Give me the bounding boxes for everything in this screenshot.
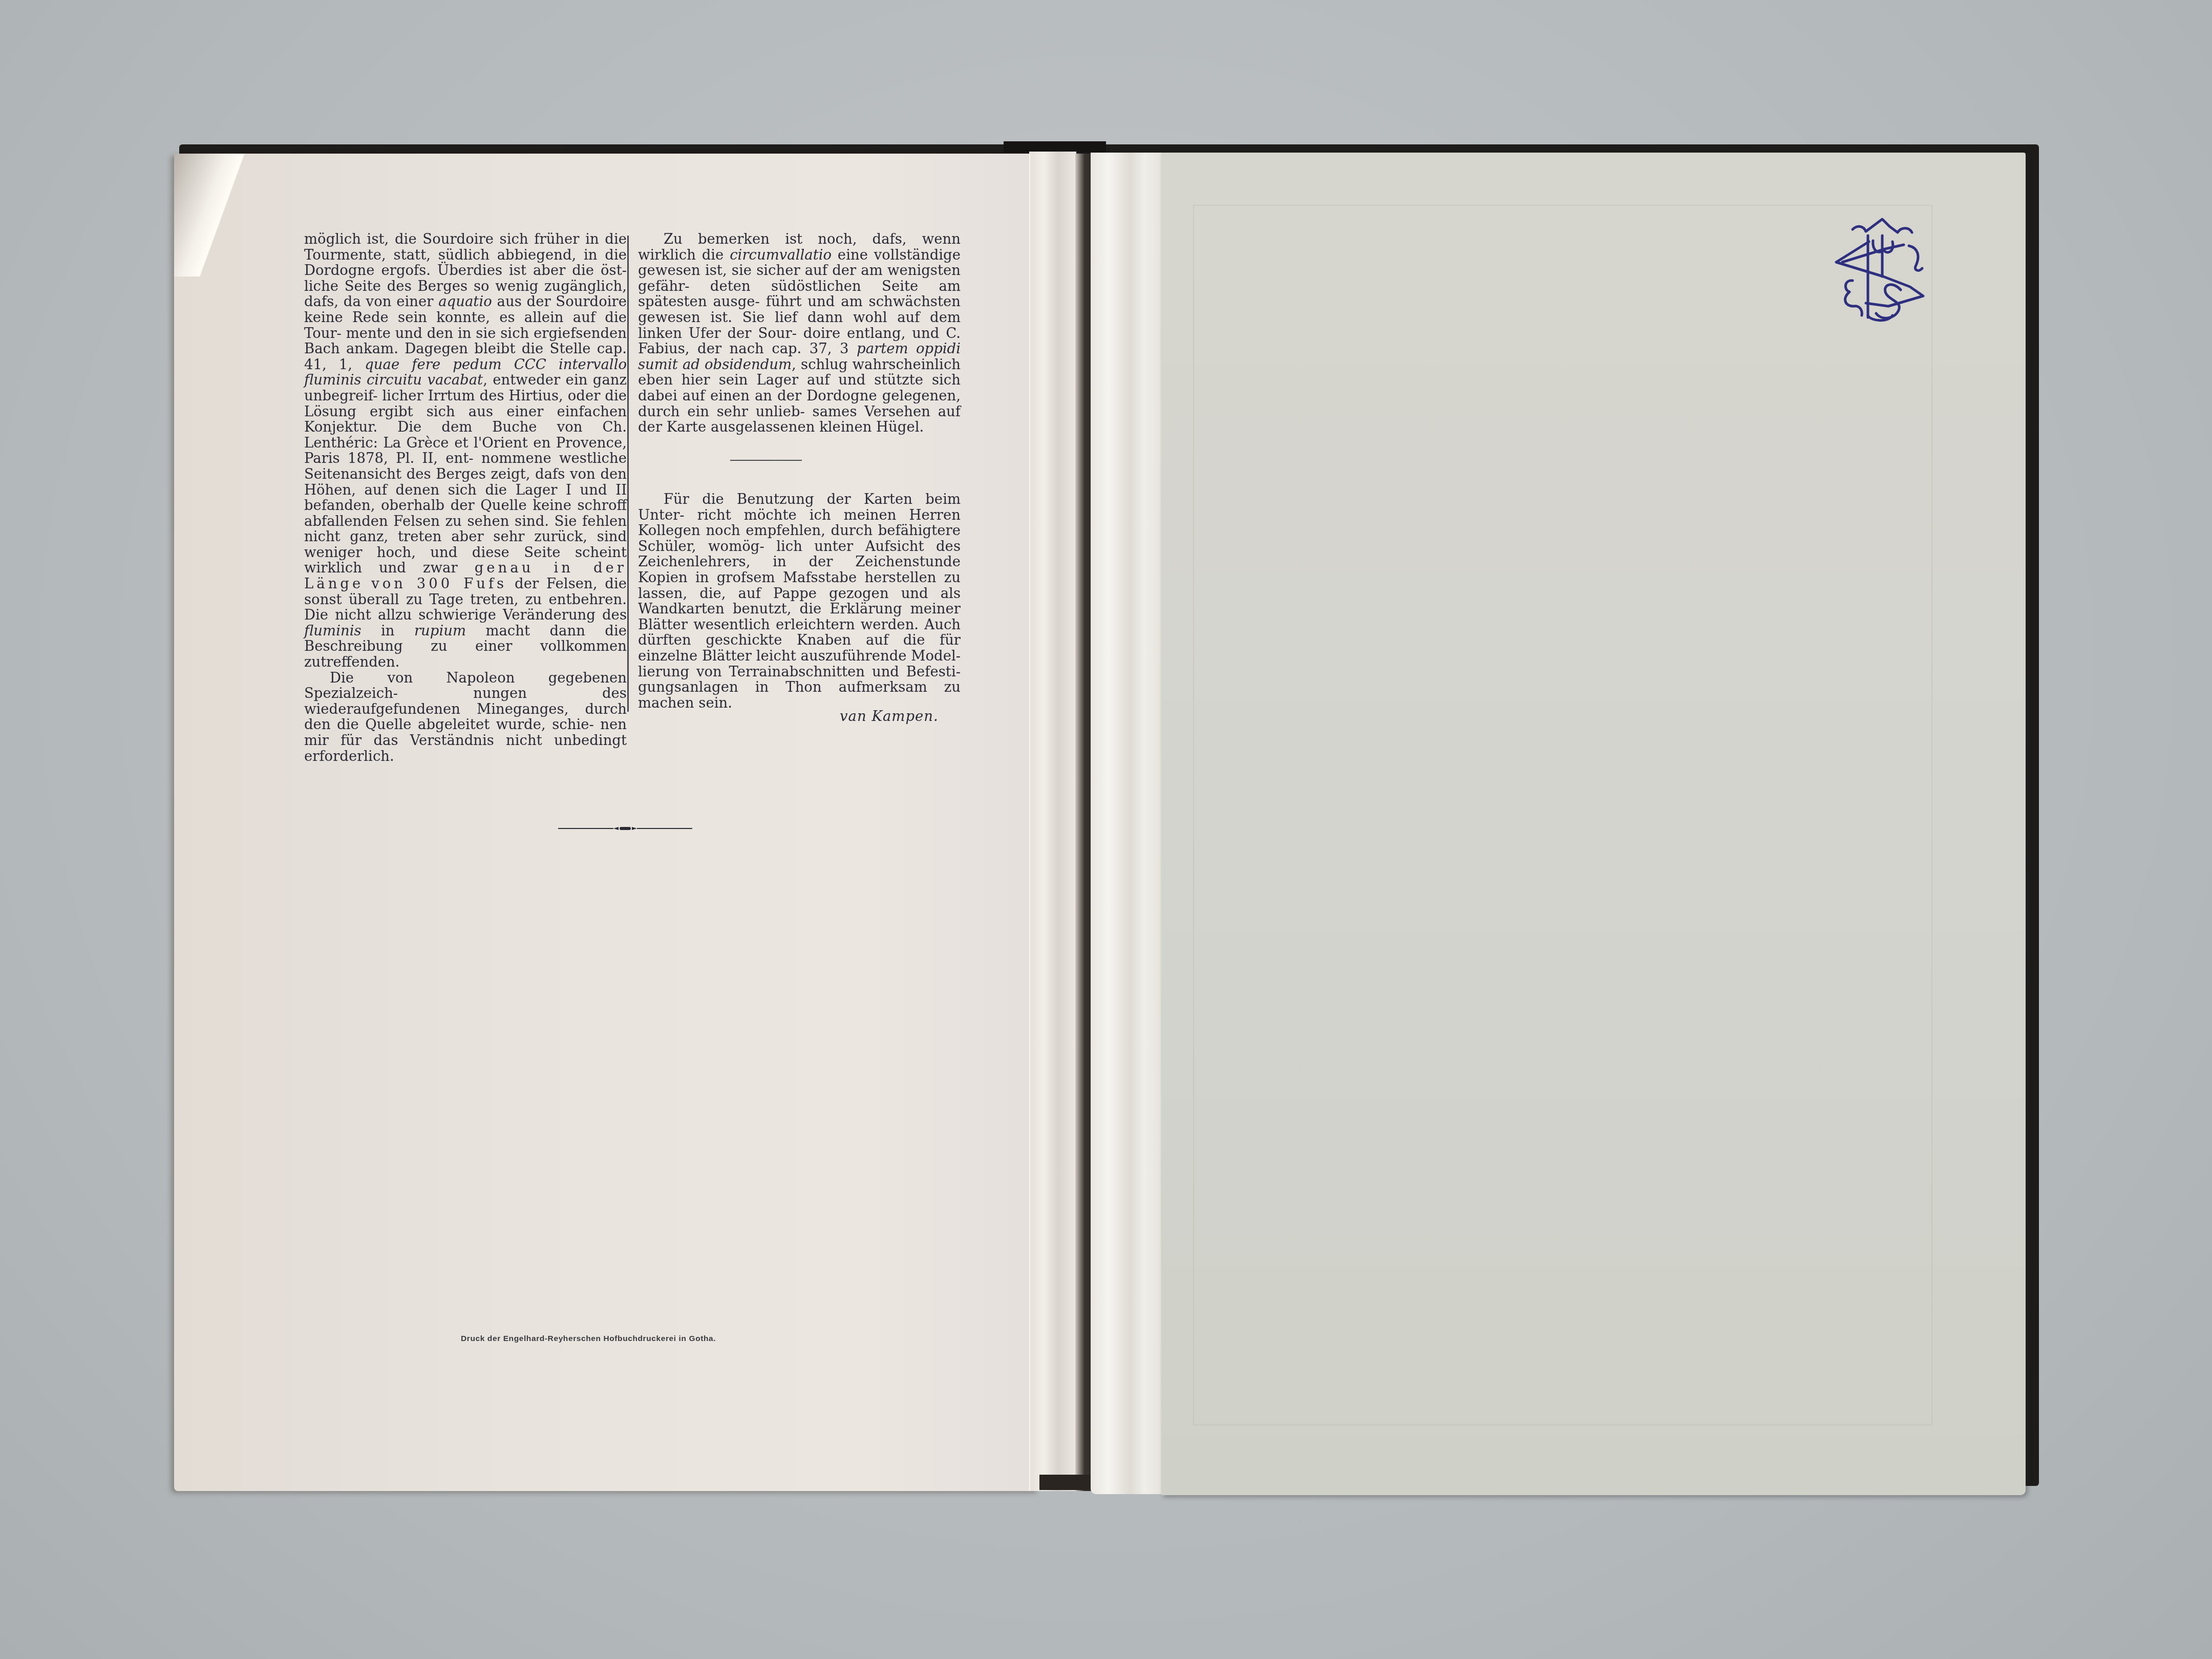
text-line: wirklich und zwar: [304, 560, 475, 576]
left-text-column: möglich ist, die Sourdoire sich früher i…: [304, 231, 627, 764]
paragraph: Die von Napoleon gegebenen Spezialzeich-…: [304, 670, 627, 764]
binding-strip: [1004, 141, 1106, 153]
right-page-hinge: [1091, 153, 1162, 1494]
dog-ear-corner: [174, 154, 246, 276]
left-page-gutter: [1029, 152, 1076, 1491]
text-line: 37, 3: [810, 341, 857, 357]
text-line: in: [361, 623, 395, 639]
text-line: kleinen Hügel.: [819, 419, 924, 435]
text-line: allzu schwierige Veränderung des: [378, 607, 627, 623]
latin-term: circumvallatio: [730, 247, 832, 263]
text-line: lierung von Terrainabschnitten und Befes…: [638, 664, 961, 680]
text-line: die: [702, 247, 730, 263]
emphasized-text: von 300 Fufs: [371, 576, 507, 592]
text-line: einzelne Blätter leicht auszuführende Mo…: [638, 648, 961, 664]
text-line: erforderlich.: [304, 748, 394, 764]
latin-term: aquatio: [438, 293, 492, 310]
text-line: aus der Sourdoire: [492, 293, 627, 310]
paragraph: möglich ist, die Sourdoire sich früher i…: [304, 231, 627, 670]
spine-shadow: [1039, 1475, 1091, 1490]
right-text-column: Zu bemerken ist noch, dafs, wenn wirklic…: [638, 231, 961, 435]
end-of-text-rule-icon: [558, 825, 692, 832]
book-spread: möglich ist, die Sourdoire sich früher i…: [0, 0, 2212, 1659]
printer-imprint: Druck der Engelhard-Reyherschen Hofbuchd…: [461, 1334, 716, 1344]
text-line: möglich ist, die Sourdoire sich früher i…: [304, 231, 627, 247]
text-line: gungsanlagen in Thon aufmerksam zu mache…: [638, 679, 961, 711]
latin-term: fluminis: [304, 623, 361, 639]
section-separator-rule: [730, 460, 802, 461]
monogram-stamp-icon: [1832, 215, 1927, 323]
text-line: dafs, da von einer: [304, 293, 438, 310]
paragraph: Für die Benutzung der Karten beim Unter-…: [638, 492, 961, 711]
paragraph: Zu bemerken ist noch, dafs, wenn wirklic…: [638, 231, 961, 435]
latin-quote: circuitu vacabat: [367, 372, 483, 388]
latin-term: rupium: [414, 623, 466, 639]
text-line: ,: [792, 356, 796, 373]
text-line: Dordogne ergofs. Überdies ist aber die ö…: [304, 262, 627, 279]
text-line: sein.: [698, 695, 732, 711]
text-line: Tourmente, statt, südlich abbiegend, in …: [304, 247, 627, 263]
teaching-note: Für die Benutzung der Karten beim Unter-…: [638, 492, 961, 711]
page-plate-mark: [1193, 205, 1932, 1426]
text-line: liche Seite des Berges so wenig zugängli…: [304, 278, 627, 294]
author-signature: van Kampen.: [840, 708, 939, 725]
column-divider-rule: [627, 236, 629, 712]
